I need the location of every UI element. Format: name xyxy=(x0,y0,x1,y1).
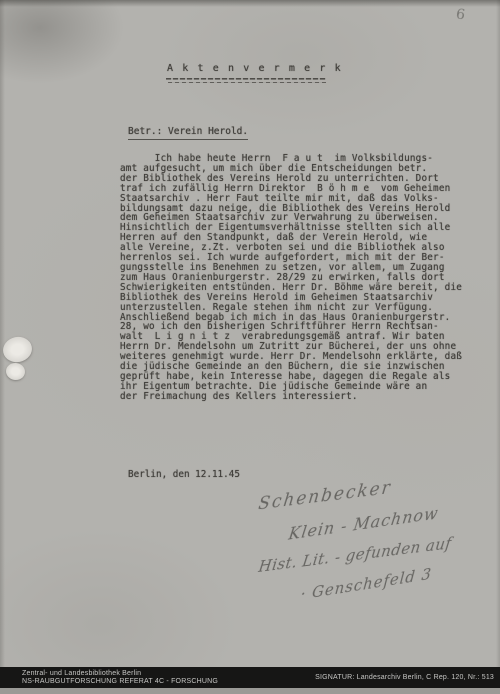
footer-institution-line2: NS-RAUBGUTFORSCHUNG REFERAT 4C - FORSCHU… xyxy=(22,678,218,686)
archive-footer-bar: Zentral- und Landesbibliothek Berlin NS-… xyxy=(0,667,500,688)
handwritten-annotation-line4: · Genschefeld 3 xyxy=(300,564,433,603)
scan-edge-shadow-right xyxy=(496,0,500,694)
handwritten-page-number: 6 xyxy=(455,6,466,23)
handwritten-annotation-line1: Schenbecker xyxy=(257,478,393,515)
footer-institution: Zentral- und Landesbibliothek Berlin NS-… xyxy=(22,670,218,686)
punch-hole-top xyxy=(1,334,35,364)
document-heading: A k t e n v e r m e r k xyxy=(167,63,342,74)
footer-institution-line1: Zentral- und Landesbibliothek Berlin xyxy=(22,670,218,678)
punch-hole-bottom xyxy=(5,362,26,381)
document-scan: 6 A k t e n v e r m e r k Betr.: Verein … xyxy=(0,0,500,694)
scan-edge-shadow-top xyxy=(0,0,500,7)
document-body: Ich habe heute Herrn F a u t im Volksbil… xyxy=(120,154,462,402)
footer-signature: SIGNATUR: Landesarchiv Berlin, C Rep. 12… xyxy=(315,674,494,681)
subject-line: Betr.: Verein Herold. xyxy=(128,126,248,140)
heading-underline xyxy=(166,78,326,84)
dateline: Berlin, den 12.11.45 xyxy=(128,469,240,480)
archive-footer-strip: Zentral- und Landesbibliothek Berlin NS-… xyxy=(0,667,500,694)
